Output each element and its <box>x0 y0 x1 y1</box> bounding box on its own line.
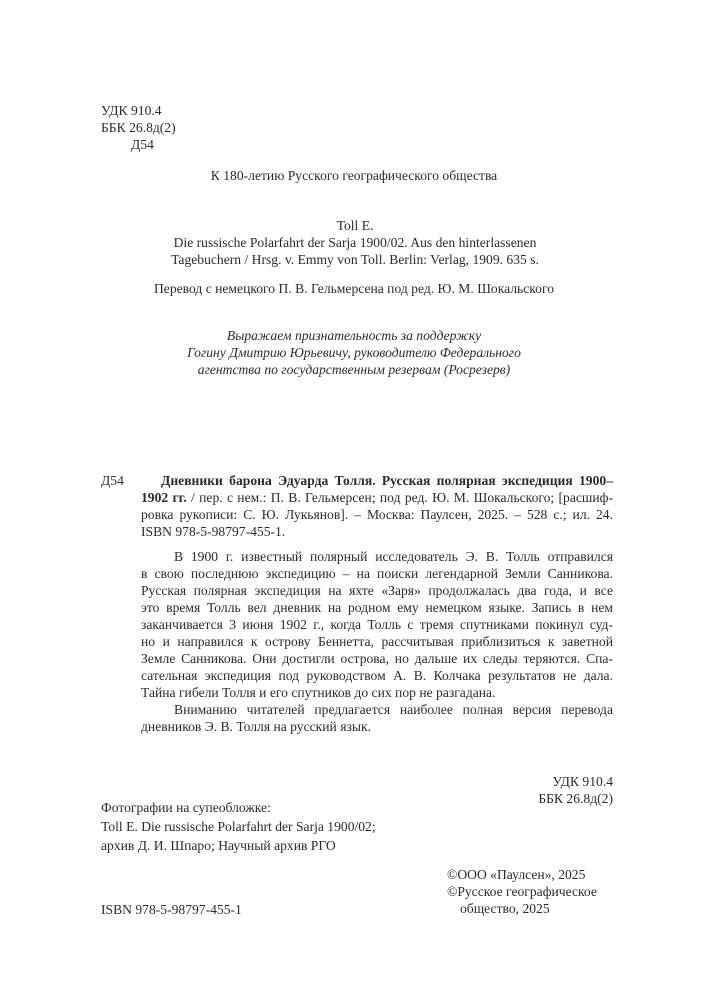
record-line-2: 1902 гг. / пер. с нем.: П. В. Гельмерсен… <box>141 489 613 506</box>
record-index: Д54 <box>101 472 124 489</box>
annotation-line: но и направился к острову Беннетта, расс… <box>141 633 613 650</box>
record-responsibility: / пер. с нем.: П. В. Гельмерсен; под ред… <box>187 490 613 505</box>
udk-code-bottom: УДК 910.4 <box>538 773 613 790</box>
annotation-line: Вниманию читателей предлагается наиболее… <box>141 701 613 718</box>
acknowledgement-line-3: агентства по государственным резервам (Р… <box>150 361 558 378</box>
annotation-line: заканчивается 3 июня 1902 г., когда Толл… <box>141 616 613 633</box>
record-title-line-1: Дневники барона Эдуарда Толля. Русская п… <box>141 472 613 489</box>
record-title-years: 1902 гг. <box>141 490 187 505</box>
record-line-3: ровка рукописи: С. Ю. Лукьянов]. – Москв… <box>141 506 613 523</box>
annotation-line: сательная экспедиция под руководством А.… <box>141 667 613 684</box>
photo-credits-line-2: архив Д. И. Шпаро; Научный архив РГО <box>101 836 376 855</box>
author-mark: Д54 <box>101 136 176 153</box>
isbn: ISBN 978-5-98797-455-1 <box>101 901 242 918</box>
original-title-line-1: Die russische Polarfahrt der Sarja 1900/… <box>120 234 590 251</box>
photo-credits-heading: Фотографии на супеобложке: <box>101 798 376 817</box>
copyright-society: ©Русское географическое <box>447 883 597 900</box>
annotation-line: Русская полярная экспедиция на яхте «Зар… <box>141 582 613 599</box>
copyright: ©ООО «Паулсен», 2025 ©Русское географиче… <box>447 866 597 917</box>
copyright-society-cont: общество, 2025 <box>447 900 597 917</box>
udk-code: УДК 910.4 <box>101 102 176 119</box>
dedication: К 180-летию Русского географического общ… <box>0 167 708 184</box>
original-title-line-2: Tagebuchern / Hrsg. v. Emmy von Toll. Be… <box>120 251 590 268</box>
bibliographic-record: Д54 Дневники барона Эдуарда Толля. Русск… <box>101 472 613 540</box>
annotation-line: Тайна гибели Толля и его спутников до си… <box>141 684 613 701</box>
copyright-publisher: ©ООО «Паулсен», 2025 <box>447 866 597 883</box>
annotation: В 1900 г. известный полярный исследовате… <box>141 548 613 735</box>
annotation-line: Земле Санникова. Они достигли острова, н… <box>141 650 613 667</box>
classification-codes: УДК 910.4 ББК 26.8д(2) Д54 <box>101 102 176 153</box>
original-edition: Toll E. Die russische Polarfahrt der Sar… <box>120 217 590 268</box>
bbk-code-bottom: ББК 26.8д(2) <box>538 790 613 807</box>
bbk-code: ББК 26.8д(2) <box>101 119 176 136</box>
acknowledgement-line-1: Выражаем признательность за поддержку <box>150 327 558 344</box>
annotation-line: это время Толль вел дневник на родном ем… <box>141 599 613 616</box>
annotation-line: В 1900 г. известный полярный исследовате… <box>141 548 613 565</box>
classification-codes-bottom: УДК 910.4 ББК 26.8д(2) <box>538 773 613 807</box>
translation-note: Перевод с немецкого П. В. Гельмерсена по… <box>0 280 708 297</box>
original-author: Toll E. <box>120 217 590 234</box>
record-isbn: ISBN 978-5-98797-455-1. <box>141 523 613 540</box>
annotation-line: в свою последнюю экспедицию – на поиски … <box>141 565 613 582</box>
acknowledgement-line-2: Гогину Дмитрию Юрьевичу, руководителю Фе… <box>150 344 558 361</box>
acknowledgement: Выражаем признательность за поддержку Го… <box>150 327 558 378</box>
annotation-line: дневников Э. В. Толля на русский язык. <box>141 718 613 735</box>
photo-credits: Фотографии на супеобложке: Toll E. Die r… <box>101 798 376 855</box>
photo-credits-line-1: Toll E. Die russische Polarfahrt der Sar… <box>101 817 376 836</box>
